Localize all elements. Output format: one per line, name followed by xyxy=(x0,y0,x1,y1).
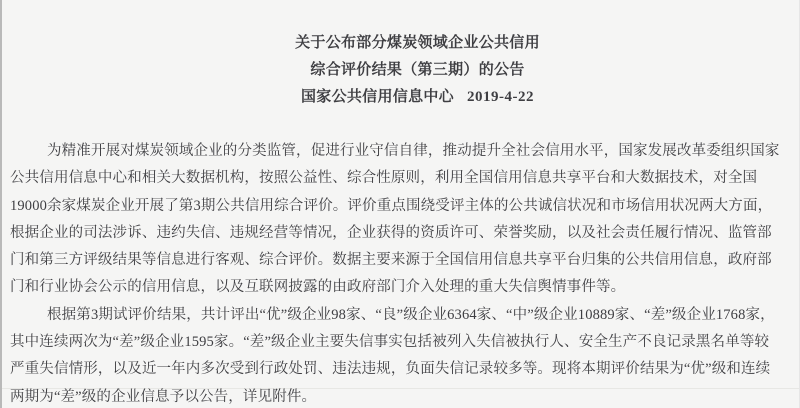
paragraph2-line: 其中连续两次为“差”级企业1595家。“差”级企业主要失信事实包括被列入失信被执… xyxy=(10,329,798,356)
paragraph1-line: 公共信用信息中心和相关大数据机构，按照公益性、综合性原则，利用全国信用信息共享平… xyxy=(10,165,798,192)
paragraph1-line: 门和第三方评级结果等信息进行客观、综合评价。数据主要来源于全国信用信息共享平台归… xyxy=(10,247,798,274)
announcement-title-block: 关于公布部分煤炭领域企业公共信用 综合评价结果（第三期）的公告 国家公共信用信息… xyxy=(19,30,800,111)
announcement-document: 关于公布部分煤炭领域企业公共信用 综合评价结果（第三期）的公告 国家公共信用信息… xyxy=(0,0,800,408)
paragraph1-line: 门和行业协会公示的信用信息，以及互联网披露的由政府部门介入处理的重大失信舆情事件… xyxy=(10,274,798,301)
issuer-name: 国家公共信用信息中心 xyxy=(301,89,454,105)
paragraph1-line: 19000余家煤炭企业开展了第3期公共信用综合评价。评价重点围绕受评主体的公共诚… xyxy=(10,193,798,220)
paragraph2-line: 根据第3期试评价结果，共计评出“优”级企业98家、“良”级企业6364家、“中”… xyxy=(10,302,798,329)
title-line-2: 综合评价结果（第三期）的公告 xyxy=(19,57,800,84)
paragraph1-line: 根据企业的司法涉诉、违约失信、违规经营等情况，企业获得的资质许可、荣誉奖励，以及… xyxy=(10,220,798,247)
paragraph2-line: 两期为“差”级的企业信息予以公告，详见附件。 xyxy=(10,384,798,408)
announcement-body: 为精准开展对煤炭领域企业的分类监管，促进行业守信自律，推动提升全社会信用水平，国… xyxy=(10,138,798,408)
title-meta-line: 国家公共信用信息中心2019-4-22 xyxy=(19,84,800,111)
title-line-1: 关于公布部分煤炭领域企业公共信用 xyxy=(19,30,800,57)
paragraph2-line: 严重失信情形，以及近一年内多次受到行政处罚、违法违规，负面失信记录较多等。现将本… xyxy=(10,356,798,383)
paragraph1-line: 为精准开展对煤炭领域企业的分类监管，促进行业守信自律，推动提升全社会信用水平，国… xyxy=(10,138,798,165)
publish-date: 2019-4-22 xyxy=(467,89,534,105)
